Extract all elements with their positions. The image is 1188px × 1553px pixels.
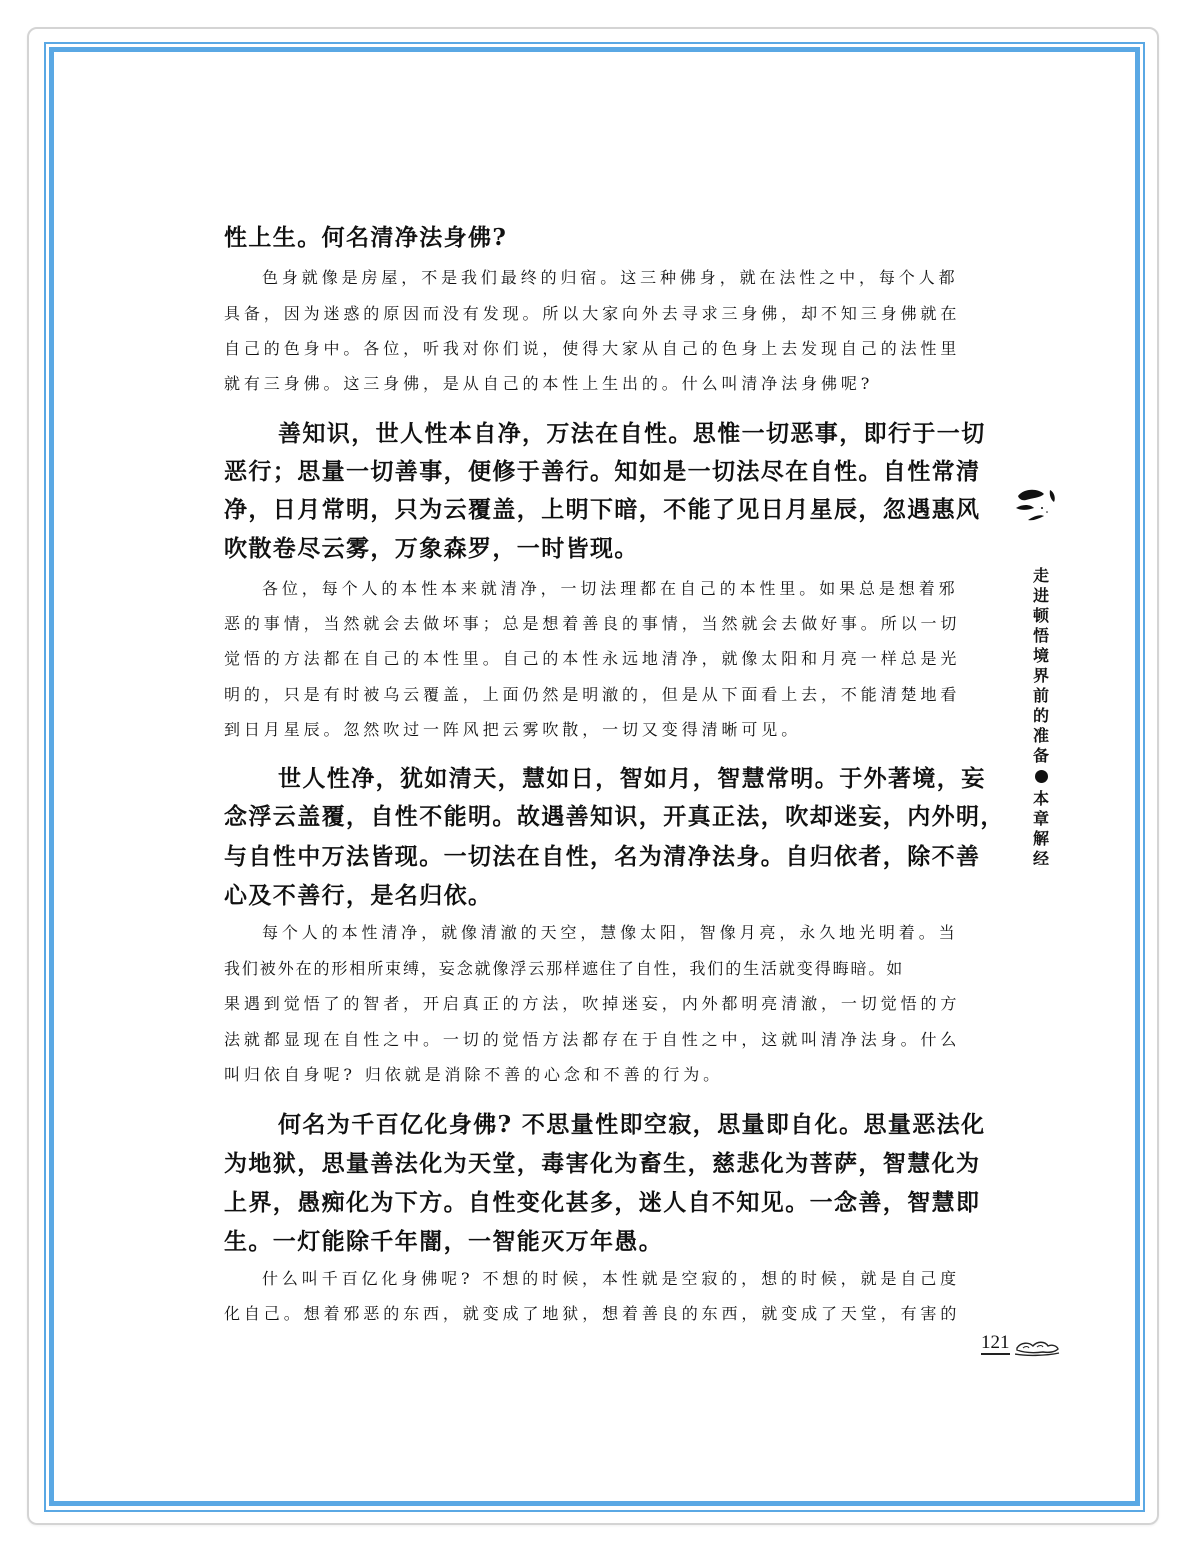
explanation-line: 我们被外在的形相所束缚，妄念就像浮云那样遮住了自性，我们的生活就变得晦暗。如	[224, 956, 904, 979]
side-title-char: 备	[1028, 746, 1054, 766]
explanation-line: 就有三身佛。这三身佛，是从自己的本性上生出的。什么叫清净法身佛呢?	[224, 371, 873, 394]
explanation-line: 什么叫千百亿化身佛呢? 不想的时候，本性就是空寂的，想的时候，就是自己度	[262, 1266, 960, 1289]
explanation-line: 各位，每个人的本性本来就清净，一切法理都在自己的本性里。如果总是想着邪	[262, 576, 959, 599]
side-title-char: 进	[1028, 586, 1054, 606]
explanation-line: 叫归依自身呢? 归依就是消除不善的心念和不善的行为。	[224, 1062, 723, 1085]
sutra-line: 生。一灯能除千年闇，一智能灭万年愚。	[224, 1223, 663, 1256]
sutra-line: 净，日月常明，只为云覆盖，上明下暗，不能了见日月星辰，忽遇惠风	[224, 491, 980, 524]
side-title-char: 本	[1028, 789, 1054, 809]
sutra-line: 与自性中万法皆现。一切法在自性，名为清净法身。自归依者，除不善	[224, 838, 980, 871]
sutra-line: 上界，愚痴化为下方。自性变化甚多，迷人自不知见。一念善，智慧即	[224, 1184, 980, 1217]
side-title-char: 悟	[1028, 626, 1054, 646]
sutra-line: 善知识，世人性本自净，万法在自性。思惟一切恶事，即行于一切	[278, 415, 986, 448]
side-title-char: 准	[1028, 726, 1054, 746]
side-title-char: 经	[1028, 849, 1054, 869]
explanation-line: 法就都显现在自性之中。一切的觉悟方法都存在于自性之中，这就叫清净法身。什么	[224, 1027, 960, 1050]
explanation-line: 具备，因为迷惑的原因而没有发现。所以大家向外去寻求三身佛，却不知三身佛就在	[224, 301, 960, 324]
sutra-line: 性上生。何名清净法身佛?	[224, 219, 507, 252]
side-title-char: 境	[1028, 646, 1054, 666]
explanation-line: 每个人的本性清净，就像清澈的天空，慧像太阳，智像月亮，永久地光明着。当	[262, 920, 959, 943]
vertical-chapter-title: 走 进 顿 悟 境 界 前 的 准 备 本 章 解 经	[1028, 566, 1054, 869]
sutra-line: 世人性净，犹如清天，慧如日，智如月，智慧常明。于外著境，妄	[278, 760, 986, 793]
explanation-line: 化自己。想着邪恶的东西，就变成了地狱，想着善良的东西，就变成了天堂，有害的	[224, 1301, 960, 1324]
side-title-char: 界	[1028, 666, 1054, 686]
sutra-line: 心及不善行，是名归依。	[224, 877, 492, 910]
page-number: 121	[981, 1333, 1010, 1355]
explanation-line: 自己的色身中。各位，听我对你们说，使得大家从自己的色身上去发现自己的法性里	[224, 336, 960, 359]
sutra-line: 吹散卷尽云雾，万象森罗，一时皆现。	[224, 530, 639, 563]
ink-ornament-icon	[1014, 486, 1066, 526]
sutra-line: 恶行；思量一切善事，便修于善行。知如是一切法尽在自性。自性常清	[224, 453, 980, 486]
side-title-char: 的	[1028, 706, 1054, 726]
side-title-char: 章	[1028, 809, 1054, 829]
sutra-line: 为地狱，思量善法化为天堂，毒害化为畜生，慈悲化为菩萨，智慧化为	[224, 1145, 980, 1178]
sutra-line: 念浮云盖覆，自性不能明。故遇善知识，开真正法，吹却迷妄，内外明，	[224, 798, 1005, 831]
sutra-line: 何名为千百亿化身佛? 不思量性即空寂，思量即自化。思量恶法化	[278, 1106, 985, 1139]
side-title-char: 顿	[1028, 606, 1054, 626]
side-title-char: 走	[1028, 566, 1054, 586]
explanation-line: 明的，只是有时被乌云覆盖，上面仍然是明澈的，但是从下面看上去，不能清楚地看	[224, 682, 960, 705]
explanation-line: 觉悟的方法都在自己的本性里。自己的本性永远地清净，就像太阳和月亮一样总是光	[224, 646, 960, 669]
explanation-line: 恶的事情，当然就会去做坏事；总是想着善良的事情，当然就会去做好事。所以一切	[224, 611, 960, 634]
explanation-line: 果遇到觉悟了的智者，开启真正的方法，吹掉迷妄，内外都明亮清澈，一切觉悟的方	[224, 991, 960, 1014]
side-title-char: 解	[1028, 829, 1054, 849]
explanation-line: 到日月星辰。忽然吹过一阵风把云雾吹散，一切又变得清晰可见。	[224, 717, 801, 740]
bullet-dot-icon	[1035, 770, 1048, 783]
side-title-char: 前	[1028, 686, 1054, 706]
cloud-ornament-icon	[1015, 1336, 1060, 1358]
book-page: 性上生。何名清净法身佛? 色身就像是房屋，不是我们最终的归宿。这三种佛身，就在法…	[0, 0, 1188, 1553]
explanation-line: 色身就像是房屋，不是我们最终的归宿。这三种佛身，就在法性之中，每个人都	[262, 265, 959, 288]
